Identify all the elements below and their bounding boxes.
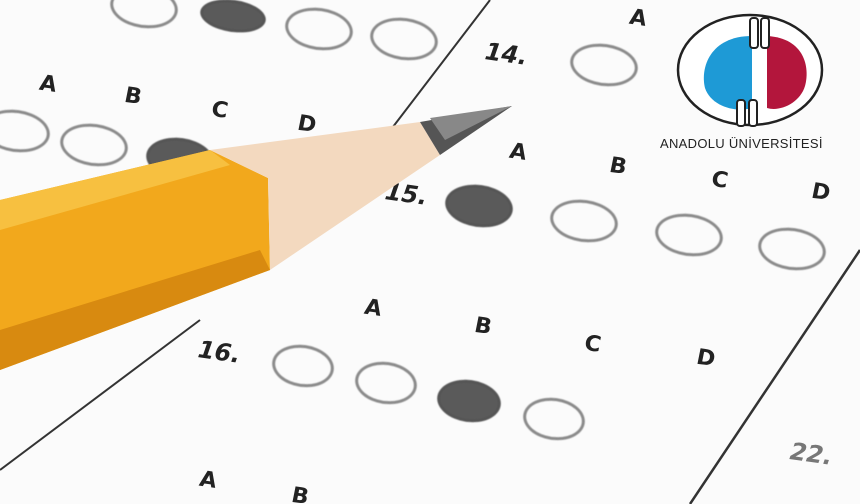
logo-text: ANADOLU ÜNİVERSİTESİ <box>660 136 823 151</box>
answer-sheet-photo: A B C D 14. A A B C D 15. A B C D 16. 22… <box>0 0 860 504</box>
